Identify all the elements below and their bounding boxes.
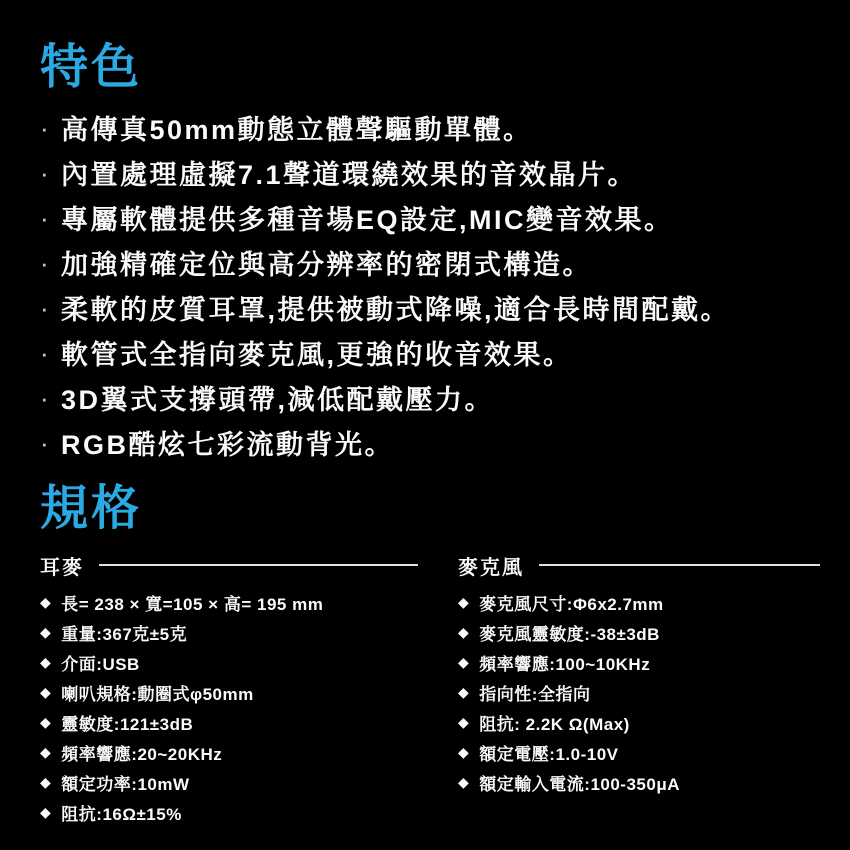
diamond-bullet-icon: ◆: [40, 685, 51, 699]
spec-text: 頻率響應:100~10KHz: [479, 650, 650, 675]
feature-text: RGB酷炫七彩流動背光。: [61, 423, 394, 462]
diamond-bullet-icon: ◆: [40, 625, 51, 639]
spec-text: 額定功率:10mW: [61, 770, 189, 795]
spec-item: ◆ 阻抗:16Ω±15%: [40, 797, 418, 827]
specs-columns: 耳麥 ◆ 長= 238 × 寬=105 × 高= 195 mm ◆ 重量:367…: [40, 552, 820, 827]
spec-item: ◆ 介面:USB: [40, 647, 418, 677]
spec-text: 長= 238 × 寬=105 × 高= 195 mm: [61, 590, 323, 615]
specs-title: 規格: [40, 485, 820, 533]
feature-item: · RGB酷炫七彩流動背光。: [40, 420, 820, 465]
spec-text: 重量:367克±5克: [61, 620, 187, 645]
feature-item: · 加強精確定位與高分辨率的密閉式構造。: [40, 240, 820, 285]
microphone-specs-column: 麥克風 ◆ 麥克風尺寸:Φ6x2.7mm ◆ 麥克風靈敏度:-38±3dB ◆ …: [440, 552, 820, 827]
spec-text: 指向性:全指向: [479, 680, 590, 705]
divider-line: [99, 564, 418, 566]
spec-item: ◆ 額定電壓:1.0-10V: [458, 737, 820, 767]
spec-text: 額定電壓:1.0-10V: [479, 740, 618, 765]
features-title: 特色: [40, 44, 820, 92]
microphone-column-header: 麥克風: [458, 552, 820, 578]
feature-item: · 專屬軟體提供多種音場EQ設定,MIC變音效果。: [40, 195, 820, 240]
spec-text: 麥克風靈敏度:-38±3dB: [479, 620, 660, 645]
headset-specs-column: 耳麥 ◆ 長= 238 × 寬=105 × 高= 195 mm ◆ 重量:367…: [40, 552, 440, 827]
spec-text: 麥克風尺寸:Φ6x2.7mm: [479, 590, 663, 615]
diamond-bullet-icon: ◆: [40, 775, 51, 789]
feature-item: · 內置處理虛擬7.1聲道環繞效果的音效晶片。: [40, 150, 820, 195]
spec-item: ◆ 麥克風尺寸:Φ6x2.7mm: [458, 587, 820, 617]
feature-text: 加強精確定位與高分辨率的密閉式構造。: [61, 243, 592, 282]
spec-text: 靈敏度:121±3dB: [61, 710, 193, 735]
dot-bullet-icon: ·: [40, 115, 61, 141]
diamond-bullet-icon: ◆: [40, 655, 51, 669]
dot-bullet-icon: ·: [40, 430, 61, 456]
spec-item: ◆ 頻率響應:20~20KHz: [40, 737, 418, 767]
spec-item: ◆ 重量:367克±5克: [40, 617, 418, 647]
diamond-bullet-icon: ◆: [40, 745, 51, 759]
diamond-bullet-icon: ◆: [458, 775, 469, 789]
feature-text: 專屬軟體提供多種音場EQ設定,MIC變音效果。: [61, 198, 674, 237]
dot-bullet-icon: ·: [40, 250, 61, 276]
spec-text: 額定輸入電流:100-350μA: [479, 770, 680, 795]
feature-item: · 柔軟的皮質耳罩,提供被動式降噪,適合長時間配戴。: [40, 285, 820, 330]
spec-item: ◆ 喇叭規格:動圈式φ50mm: [40, 677, 418, 707]
diamond-bullet-icon: ◆: [458, 715, 469, 729]
feature-item: · 軟管式全指向麥克風,更強的收音效果。: [40, 330, 820, 375]
spec-item: ◆ 麥克風靈敏度:-38±3dB: [458, 617, 820, 647]
spec-item: ◆ 額定功率:10mW: [40, 767, 418, 797]
diamond-bullet-icon: ◆: [40, 805, 51, 819]
feature-text: 內置處理虛擬7.1聲道環繞效果的音效晶片。: [61, 153, 637, 192]
features-list: · 高傳真50mm動態立體聲驅動單體。 · 內置處理虛擬7.1聲道環繞效果的音效…: [40, 105, 820, 465]
spec-item: ◆ 指向性:全指向: [458, 677, 820, 707]
feature-text: 軟管式全指向麥克風,更強的收音效果。: [61, 333, 573, 372]
microphone-spec-list: ◆ 麥克風尺寸:Φ6x2.7mm ◆ 麥克風靈敏度:-38±3dB ◆ 頻率響應…: [458, 587, 820, 797]
dot-bullet-icon: ·: [40, 340, 61, 366]
spec-text: 阻抗: 2.2K Ω(Max): [479, 710, 630, 735]
divider-line: [539, 564, 820, 566]
spec-item: ◆ 頻率響應:100~10KHz: [458, 647, 820, 677]
feature-text: 柔軟的皮質耳罩,提供被動式降噪,適合長時間配戴。: [61, 288, 730, 327]
headset-column-heading: 耳麥: [40, 551, 84, 580]
diamond-bullet-icon: ◆: [458, 625, 469, 639]
spec-text: 喇叭規格:動圈式φ50mm: [61, 680, 253, 705]
diamond-bullet-icon: ◆: [458, 595, 469, 609]
headset-spec-list: ◆ 長= 238 × 寬=105 × 高= 195 mm ◆ 重量:367克±5…: [40, 587, 418, 827]
diamond-bullet-icon: ◆: [458, 745, 469, 759]
feature-text: 3D翼式支撐頭帶,減低配戴壓力。: [61, 378, 494, 417]
dot-bullet-icon: ·: [40, 295, 61, 321]
dot-bullet-icon: ·: [40, 385, 61, 411]
dot-bullet-icon: ·: [40, 160, 61, 186]
diamond-bullet-icon: ◆: [458, 685, 469, 699]
diamond-bullet-icon: ◆: [40, 595, 51, 609]
diamond-bullet-icon: ◆: [458, 655, 469, 669]
spec-item: ◆ 長= 238 × 寬=105 × 高= 195 mm: [40, 587, 418, 617]
diamond-bullet-icon: ◆: [40, 715, 51, 729]
dot-bullet-icon: ·: [40, 205, 61, 231]
feature-text: 高傳真50mm動態立體聲驅動單體。: [61, 108, 533, 147]
spec-text: 頻率響應:20~20KHz: [61, 740, 222, 765]
spec-text: 介面:USB: [61, 650, 140, 675]
feature-item: · 高傳真50mm動態立體聲驅動單體。: [40, 105, 820, 150]
headset-column-header: 耳麥: [40, 552, 418, 578]
spec-item: ◆ 額定輸入電流:100-350μA: [458, 767, 820, 797]
microphone-column-heading: 麥克風: [458, 551, 524, 580]
spec-item: ◆ 靈敏度:121±3dB: [40, 707, 418, 737]
spec-item: ◆ 阻抗: 2.2K Ω(Max): [458, 707, 820, 737]
spec-text: 阻抗:16Ω±15%: [61, 800, 182, 825]
feature-item: · 3D翼式支撐頭帶,減低配戴壓力。: [40, 375, 820, 420]
product-info-page: 特色 · 高傳真50mm動態立體聲驅動單體。 · 內置處理虛擬7.1聲道環繞效果…: [0, 0, 850, 850]
